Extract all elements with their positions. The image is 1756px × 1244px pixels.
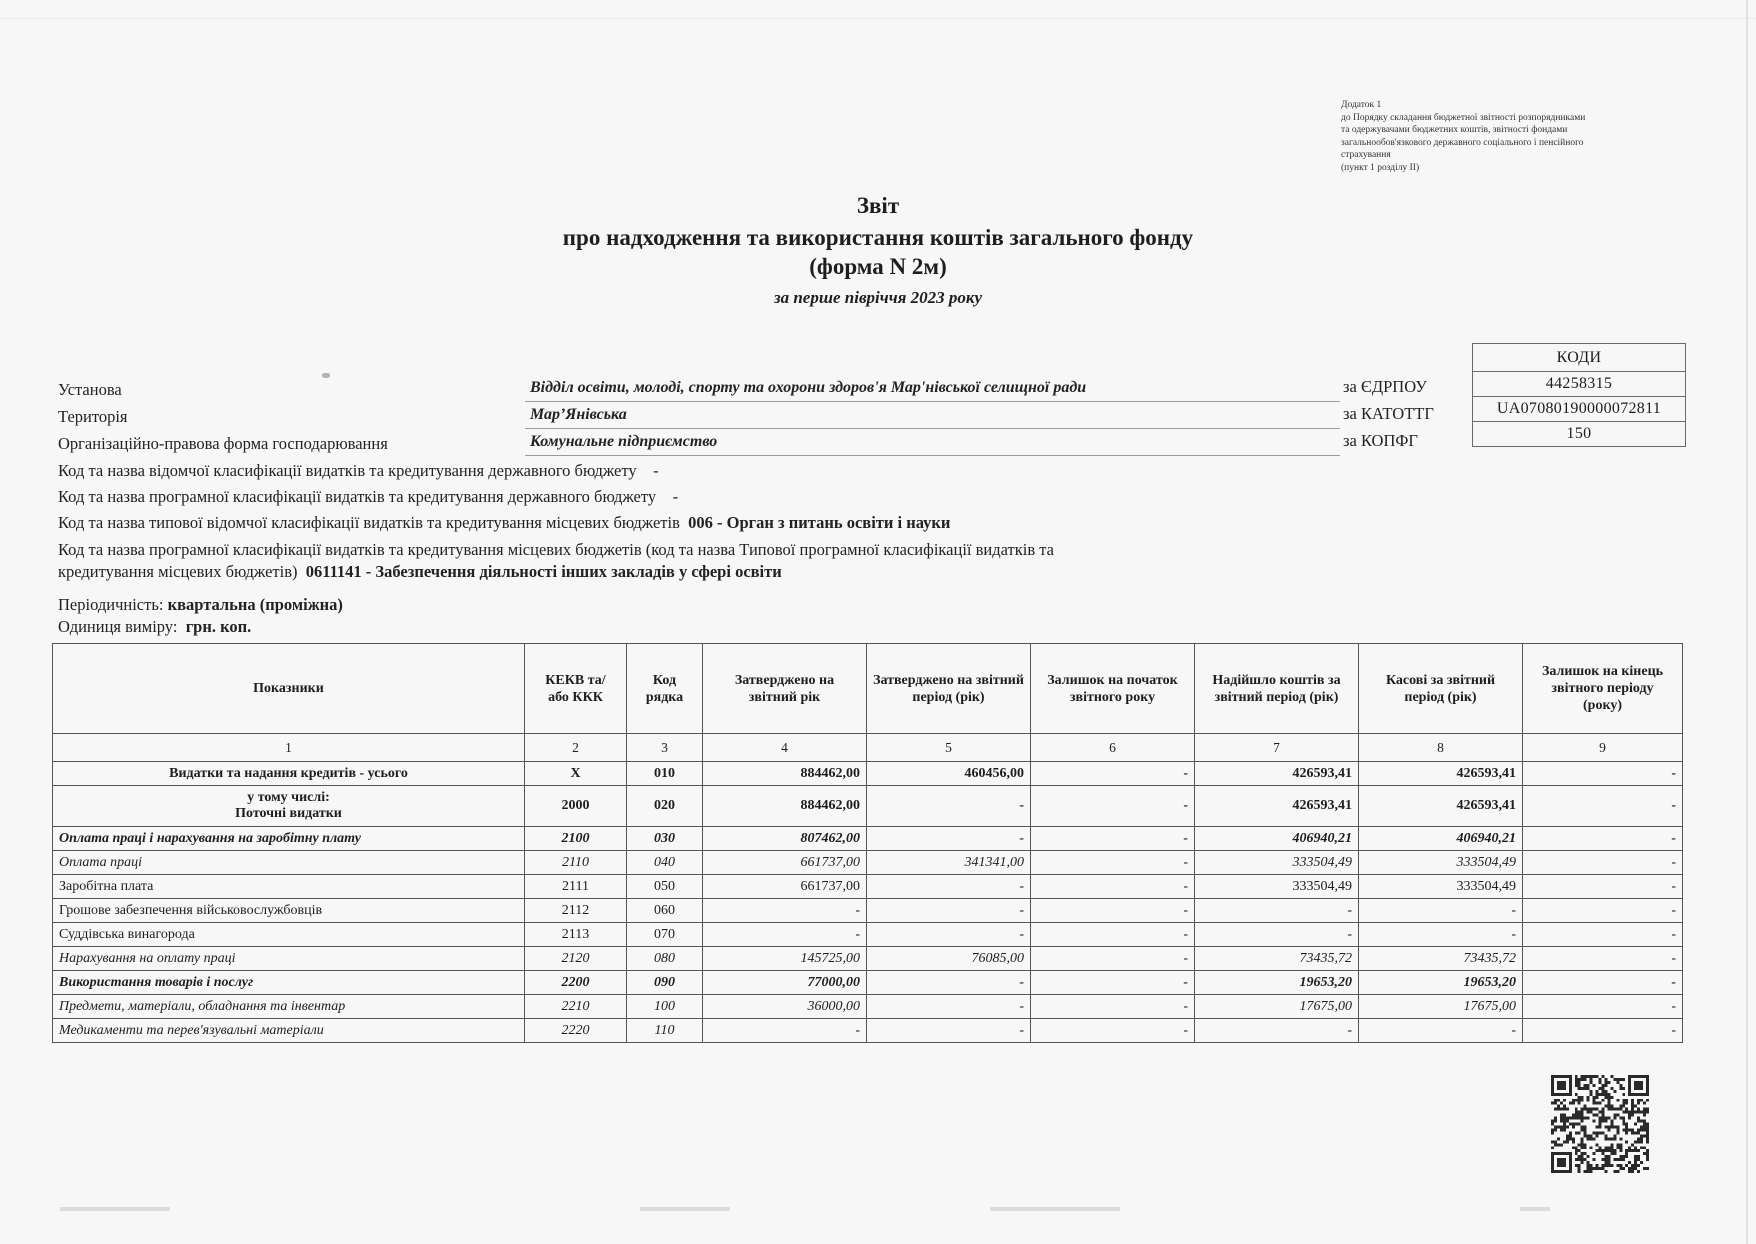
cell-amount: - xyxy=(1523,786,1683,827)
col-number: 9 xyxy=(1523,734,1683,762)
cell-amount: 807462,00 xyxy=(703,827,867,851)
cell-indicator: Оплата праці і нарахування на заробітну … xyxy=(53,827,525,851)
cell-amount: 341341,00 xyxy=(867,851,1031,875)
cell-amount: 73435,72 xyxy=(1359,947,1523,971)
indicator-name: Поточні видатки xyxy=(235,806,342,821)
cell-amount: 333504,49 xyxy=(1359,851,1523,875)
cell-kekv: 2220 xyxy=(525,1019,627,1043)
cell-amount: - xyxy=(1523,827,1683,851)
classification-value: - xyxy=(673,487,679,506)
cell-amount: - xyxy=(1523,762,1683,786)
cell-amount: 426593,41 xyxy=(1195,762,1359,786)
cell-amount: - xyxy=(1031,786,1195,827)
scan-artifact xyxy=(1520,1207,1550,1211)
institution-value: Відділ освіти, молоді, спорту та охорони… xyxy=(530,379,1086,397)
col-number: 5 xyxy=(867,734,1031,762)
cell-amount: 406940,21 xyxy=(1359,827,1523,851)
classification-line-4a: Код та назва програмної класифікації вид… xyxy=(58,540,1054,560)
territory-value: Мар’Янівська xyxy=(530,406,627,424)
cell-amount: 19653,20 xyxy=(1359,971,1523,995)
cell-row-code: 020 xyxy=(627,786,703,827)
indicator-name: Предмети, матеріали, обладнання та інвен… xyxy=(59,999,345,1014)
territory-label: Територія xyxy=(58,407,128,427)
scan-artifact xyxy=(990,1207,1120,1211)
report-table: Показники КЕКВ та/або ККК Код рядка Затв… xyxy=(52,643,1683,1043)
legal-form-value: Комунальне підприємство xyxy=(530,433,717,451)
indicator-name: Заробітна плата xyxy=(59,879,153,894)
institution-label: Установа xyxy=(58,380,122,400)
appendix-line: до Порядку складання бюджетної звітності… xyxy=(1341,112,1681,125)
unit-value: грн. коп. xyxy=(186,617,252,636)
cell-amount: 406940,21 xyxy=(1195,827,1359,851)
periodicity-value: квартальна (проміжна) xyxy=(168,595,343,614)
cell-amount: 884462,00 xyxy=(703,762,867,786)
table-row: у тому числі:Поточні видатки200002088446… xyxy=(53,786,1683,827)
cell-row-code: 030 xyxy=(627,827,703,851)
edrpou-value: 44258315 xyxy=(1473,372,1686,397)
table-row: Предмети, матеріали, обладнання та інвен… xyxy=(53,995,1683,1019)
cell-amount: - xyxy=(1523,875,1683,899)
cell-amount: - xyxy=(1031,851,1195,875)
cell-amount: - xyxy=(1031,1019,1195,1043)
cell-amount: 426593,41 xyxy=(1359,786,1523,827)
cell-amount: 884462,00 xyxy=(703,786,867,827)
appendix-line: страхування xyxy=(1341,149,1681,162)
table-row: Заробітна плата2111050661737,00--333504,… xyxy=(53,875,1683,899)
kopfg-label: за КОПФГ xyxy=(1343,431,1418,451)
table-row: Нарахування на оплату праці2120080145725… xyxy=(53,947,1683,971)
cell-amount: - xyxy=(1031,899,1195,923)
underline xyxy=(525,428,1340,429)
edrpou-label: за ЄДРПОУ xyxy=(1343,377,1427,397)
table-row: Оплата праці і нарахування на заробітну … xyxy=(53,827,1683,851)
col-header-cash: Касові за звітний період (рік) xyxy=(1359,644,1523,734)
classification-line-3: Код та назва типової відомчої класифікац… xyxy=(58,513,950,533)
table-row: Використання товарів і послуг22000907700… xyxy=(53,971,1683,995)
classification-label: Код та назва програмної класифікації вид… xyxy=(58,487,656,506)
codes-header: КОДИ xyxy=(1473,344,1686,372)
cell-indicator: у тому числі:Поточні видатки xyxy=(53,786,525,827)
cell-amount: - xyxy=(1359,899,1523,923)
cell-kekv: 2100 xyxy=(525,827,627,851)
cell-indicator: Нарахування на оплату праці xyxy=(53,947,525,971)
cell-amount: 76085,00 xyxy=(867,947,1031,971)
classification-label: Код та назва відомчої класифікації видат… xyxy=(58,461,637,480)
table-row: Суддівська винагорода2113070------ xyxy=(53,923,1683,947)
cell-row-code: 090 xyxy=(627,971,703,995)
col-header-balance-start: Залишок на початок звітного року xyxy=(1031,644,1195,734)
cell-row-code: 040 xyxy=(627,851,703,875)
classification-label: Код та назва типової відомчої класифікац… xyxy=(58,513,680,532)
column-numbers-row: 1 2 3 4 5 6 7 8 9 xyxy=(53,734,1683,762)
cell-indicator: Предмети, матеріали, обладнання та інвен… xyxy=(53,995,525,1019)
cell-amount: - xyxy=(703,923,867,947)
cell-row-code: 050 xyxy=(627,875,703,899)
cell-amount: - xyxy=(867,923,1031,947)
indicator-name: Використання товарів і послуг xyxy=(59,975,253,990)
cell-amount: - xyxy=(703,1019,867,1043)
katottg-label: за КАТОТТГ xyxy=(1343,404,1434,424)
appendix-line: Додаток 1 xyxy=(1341,99,1681,112)
indicator-name: Медикаменти та перев'язувальні матеріали xyxy=(59,1023,324,1038)
cell-amount: 77000,00 xyxy=(703,971,867,995)
cell-amount: - xyxy=(1031,971,1195,995)
classification-line-2: Код та назва програмної класифікації вид… xyxy=(58,487,678,507)
cell-amount: - xyxy=(1523,995,1683,1019)
cell-amount: 145725,00 xyxy=(703,947,867,971)
katottg-value: UA07080190000072811 xyxy=(1473,397,1686,422)
cell-amount: 333504,49 xyxy=(1195,875,1359,899)
cell-amount: - xyxy=(1195,1019,1359,1043)
periodicity: Періодичність: квартальна (проміжна) xyxy=(58,595,343,615)
col-header-approved-year: Затверджено на звітний рік xyxy=(703,644,867,734)
col-header-balance-end: Залишок на кінець звітного періоду (року… xyxy=(1523,644,1683,734)
col-header-kekv: КЕКВ та/або ККК xyxy=(525,644,627,734)
col-number: 7 xyxy=(1195,734,1359,762)
cell-amount: - xyxy=(1523,851,1683,875)
cell-row-code: 060 xyxy=(627,899,703,923)
cell-kekv: 2200 xyxy=(525,971,627,995)
col-header-approved-period: Затверджено на звітний період (рік) xyxy=(867,644,1031,734)
cell-amount: - xyxy=(1195,899,1359,923)
appendix-line: загальнообов'язкового державного соціаль… xyxy=(1341,137,1681,150)
cell-kekv: 2000 xyxy=(525,786,627,827)
cell-indicator: Оплата праці xyxy=(53,851,525,875)
col-number: 4 xyxy=(703,734,867,762)
indicator-name: Грошове забезпечення військовослужбовців xyxy=(59,903,322,918)
cell-amount: 17675,00 xyxy=(1359,995,1523,1019)
indicator-name: Оплата праці і нарахування на заробітну … xyxy=(59,831,361,846)
col-header-row-code: Код рядка xyxy=(627,644,703,734)
report-period: за перше півріччя 2023 року xyxy=(0,288,1756,308)
scan-artifact xyxy=(60,1207,170,1211)
codes-table: КОДИ 44258315 UA07080190000072811 150 xyxy=(1472,343,1686,447)
cell-amount: - xyxy=(1031,995,1195,1019)
cell-amount: - xyxy=(1031,875,1195,899)
cell-indicator: Грошове забезпечення військовослужбовців xyxy=(53,899,525,923)
legal-form-label: Організаційно-правова форма господарюван… xyxy=(58,434,388,454)
cell-indicator: Заробітна плата xyxy=(53,875,525,899)
cell-amount: - xyxy=(1523,971,1683,995)
cell-amount: 661737,00 xyxy=(703,851,867,875)
cell-amount: 426593,41 xyxy=(1195,786,1359,827)
indicator-name: Видатки та надання кредитів - усього xyxy=(169,766,408,781)
cell-amount: - xyxy=(1031,923,1195,947)
unit-label: Одиниця виміру: xyxy=(58,617,177,636)
cell-kekv: X xyxy=(525,762,627,786)
cell-amount: - xyxy=(867,995,1031,1019)
cell-indicator: Суддівська винагорода xyxy=(53,923,525,947)
cell-indicator: Медикаменти та перев'язувальні матеріали xyxy=(53,1019,525,1043)
indicator-name: Нарахування на оплату праці xyxy=(59,951,236,966)
classification-line-4b: кредитування місцевих бюджетів) 0611141 … xyxy=(58,562,782,582)
appendix-note: Додаток 1 до Порядку складання бюджетної… xyxy=(1341,99,1681,174)
cell-amount: - xyxy=(867,899,1031,923)
appendix-line: (пункт 1 розділу II) xyxy=(1341,162,1681,175)
report-subtitle: про надходження та використання коштів з… xyxy=(0,225,1756,251)
cell-amount: - xyxy=(1523,947,1683,971)
cell-amount: - xyxy=(867,875,1031,899)
page-edge xyxy=(0,18,1756,19)
cell-kekv: 2113 xyxy=(525,923,627,947)
cell-amount: - xyxy=(867,786,1031,827)
cell-amount: - xyxy=(1523,899,1683,923)
cell-amount: - xyxy=(867,971,1031,995)
cell-amount: 333504,49 xyxy=(1359,875,1523,899)
cell-kekv: 2210 xyxy=(525,995,627,1019)
underline xyxy=(525,401,1340,402)
col-header-indicators: Показники xyxy=(53,644,525,734)
classification-label: кредитування місцевих бюджетів) xyxy=(58,562,297,581)
col-number: 3 xyxy=(627,734,703,762)
indicator-name: Суддівська винагорода xyxy=(59,927,195,942)
cell-amount: - xyxy=(867,827,1031,851)
cell-amount: 460456,00 xyxy=(867,762,1031,786)
cell-amount: 333504,49 xyxy=(1195,851,1359,875)
classification-line-1: Код та назва відомчої класифікації видат… xyxy=(58,461,659,481)
cell-row-code: 070 xyxy=(627,923,703,947)
cell-kekv: 2112 xyxy=(525,899,627,923)
cell-amount: 426593,41 xyxy=(1359,762,1523,786)
table-row: Видатки та надання кредитів - усьогоX010… xyxy=(53,762,1683,786)
cell-kekv: 2111 xyxy=(525,875,627,899)
cell-kekv: 2110 xyxy=(525,851,627,875)
cell-amount: - xyxy=(1195,923,1359,947)
page-edge xyxy=(1746,0,1748,1244)
scan-smudge xyxy=(322,373,330,378)
cell-amount: - xyxy=(1523,923,1683,947)
scan-artifact xyxy=(640,1207,730,1211)
classification-value: 006 - Орган з питань освіти і науки xyxy=(688,513,950,532)
indicator-name: у тому числі: xyxy=(247,790,330,805)
report-title: Звіт xyxy=(0,193,1756,219)
underline xyxy=(525,455,1340,456)
cell-indicator: Видатки та надання кредитів - усього xyxy=(53,762,525,786)
classification-value: - xyxy=(653,461,659,480)
table-row: Оплата праці2110040661737,00341341,00-33… xyxy=(53,851,1683,875)
cell-amount: 661737,00 xyxy=(703,875,867,899)
report-form-number: (форма N 2м) xyxy=(0,254,1756,280)
cell-amount: - xyxy=(1359,1019,1523,1043)
unit: Одиниця виміру: грн. коп. xyxy=(58,617,251,637)
col-number: 2 xyxy=(525,734,627,762)
cell-amount: - xyxy=(1031,947,1195,971)
cell-row-code: 110 xyxy=(627,1019,703,1043)
cell-indicator: Використання товарів і послуг xyxy=(53,971,525,995)
appendix-line: та одержувачами бюджетних коштів, звітно… xyxy=(1341,124,1681,137)
col-number: 8 xyxy=(1359,734,1523,762)
cell-amount: 73435,72 xyxy=(1195,947,1359,971)
indicator-name: Оплата праці xyxy=(59,855,142,870)
cell-amount: 36000,00 xyxy=(703,995,867,1019)
cell-kekv: 2120 xyxy=(525,947,627,971)
cell-amount: - xyxy=(867,1019,1031,1043)
table-row: Медикаменти та перев'язувальні матеріали… xyxy=(53,1019,1683,1043)
table-header-row: Показники КЕКВ та/або ККК Код рядка Затв… xyxy=(53,644,1683,734)
cell-amount: - xyxy=(1031,827,1195,851)
table-row: Грошове забезпечення військовослужбовців… xyxy=(53,899,1683,923)
kopfg-value: 150 xyxy=(1473,422,1686,447)
cell-row-code: 080 xyxy=(627,947,703,971)
col-header-received: Надійшло коштів за звітний період (рік) xyxy=(1195,644,1359,734)
cell-amount: - xyxy=(1523,1019,1683,1043)
classification-value: 0611141 - Забезпечення діяльності інших … xyxy=(306,562,782,581)
cell-amount: - xyxy=(1031,762,1195,786)
cell-amount: 17675,00 xyxy=(1195,995,1359,1019)
cell-amount: - xyxy=(703,899,867,923)
cell-row-code: 100 xyxy=(627,995,703,1019)
cell-amount: 19653,20 xyxy=(1195,971,1359,995)
cell-amount: - xyxy=(1359,923,1523,947)
periodicity-label: Періодичність: xyxy=(58,595,163,614)
qr-code-icon xyxy=(1551,1075,1649,1173)
col-number: 1 xyxy=(53,734,525,762)
cell-row-code: 010 xyxy=(627,762,703,786)
col-number: 6 xyxy=(1031,734,1195,762)
